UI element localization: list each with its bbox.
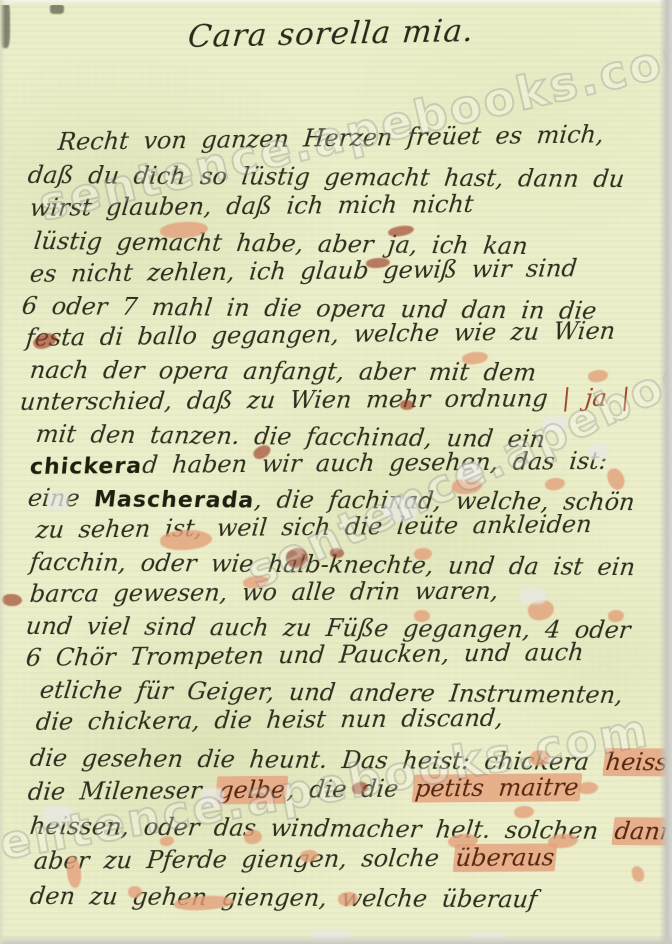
handwriting-segment: nach der opera anfangt, aber mit dem	[28, 356, 537, 387]
overprinted-word: chickera	[29, 454, 144, 480]
handwriting-line-9: unterschied, daß zu Wien mehr ordnung | …	[19, 386, 631, 414]
overprinted-word: Mascherada	[93, 487, 256, 513]
handwriting-segment: zu sehen ist, weil sich die leüte anklei…	[35, 510, 593, 544]
handwriting-segment: Recht von ganzen Herzen freüet es mich,	[57, 120, 605, 156]
handwriting-line-18: etliche für Geiger, und andere Instrumen…	[39, 678, 625, 707]
highlighted-word: petits maitre	[412, 773, 582, 802]
handwriting-line-21: die Mileneser gelbe, die die petits mait…	[27, 775, 582, 804]
handwriting-line-17: 6 Chör Trompeten und Paucken, und auch	[25, 640, 585, 670]
manuscript-letter-scan: Cara sorella mia. Recht von ganzen Herze…	[0, 0, 672, 944]
handwriting-line-3: wirst glauben, daß ich mich nicht	[29, 192, 475, 220]
handwriting-segment: barca gewesen, wo alle drin waren,	[29, 577, 500, 608]
highlighted-word: gelbe	[215, 776, 289, 805]
handwriting-line-2: daß du dich so lüstig gemacht hast, dann…	[27, 163, 626, 191]
handwriting-line-23: aber zu Pferde giengen, solche überaus	[33, 845, 558, 873]
handwriting-segment: festa di ballo gegangen, welche wie zu W…	[25, 317, 617, 352]
handwriting-segment: aber zu Pferde giengen, solche	[33, 844, 456, 875]
handwriting-segment: wirst glauben, daß ich mich nicht	[29, 190, 475, 222]
handwriting-line-1: Recht von ganzen Herzen freüet es mich,	[57, 122, 605, 154]
handwriting-segment: 6 Chör Trompeten und Paucken, und auch	[25, 638, 585, 672]
handwriting-line-13: zu sehen ist, weil sich die leüte anklei…	[35, 512, 593, 542]
handwriting-segment: daß du dich so lüstig gemacht hast, dann…	[26, 161, 625, 193]
handwriting-segment: unterschied, daß zu Wien mehr ordnung	[19, 384, 564, 416]
highlighted-word: dann	[611, 817, 672, 846]
handwriting-line-8: nach der opera anfangt, aber mit dem	[29, 358, 538, 385]
handwriting-line-5: es nicht zehlen, ich glaub gewiß wir sin…	[29, 256, 578, 286]
handwriting-line-7: festa di ballo gegangen, welche wie zu W…	[25, 319, 616, 350]
handwriting-segment: heissen, oder das windmacher helt. solch…	[28, 812, 614, 845]
handwriting-line-10: mit den tanzen. die facchinad, und ein	[35, 422, 547, 451]
handwriting-segment: , die die	[286, 775, 415, 804]
handwriting-line-22: heissen, oder das windmacher helt. solch…	[29, 814, 672, 844]
handwriting-segment: d haben wir auch gesehen, das ist:	[141, 447, 609, 479]
red-ink-word: | ja |	[561, 384, 631, 412]
highlighted-word: heisse	[602, 748, 672, 777]
handwriting-segment: die chickera, die heist nun discand,	[35, 704, 505, 736]
handwriting-segment: es nicht zehlen, ich glaub gewiß wir sin…	[29, 254, 579, 288]
handwriting-line-15: barca gewesen, wo alle drin waren,	[29, 579, 500, 606]
handwriting-line-20: die gesehen die heunt. Das heist: chicke…	[29, 746, 672, 775]
handwritten-text-body: Recht von ganzen Herzen freüet es mich,d…	[0, 0, 672, 944]
handwriting-line-14: facchin, oder wie halb-knechte, und da i…	[29, 550, 637, 579]
handwriting-segment: eine	[26, 484, 95, 512]
handwriting-segment: die gesehen die heunt. Das heist: chicke…	[28, 744, 605, 776]
handwriting-line-4: lüstig gemacht habe, aber ja, ich kan	[33, 229, 529, 258]
handwriting-segment: etliche für Geiger, und andere Instrumen…	[38, 676, 624, 709]
handwriting-segment: den zu gehen giengen, welche überauf	[28, 882, 538, 914]
handwriting-segment: die Mileneser	[27, 776, 218, 806]
highlighted-word: überaus	[452, 843, 557, 872]
handwriting-segment: facchin, oder wie halb-knechte, und da i…	[28, 548, 636, 581]
handwriting-line-11: chickerad haben wir auch gesehen, das is…	[29, 449, 609, 479]
handwriting-line-19: die chickera, die heist nun discand,	[35, 706, 504, 734]
handwriting-line-24: den zu gehen giengen, welche überauf	[29, 884, 539, 912]
